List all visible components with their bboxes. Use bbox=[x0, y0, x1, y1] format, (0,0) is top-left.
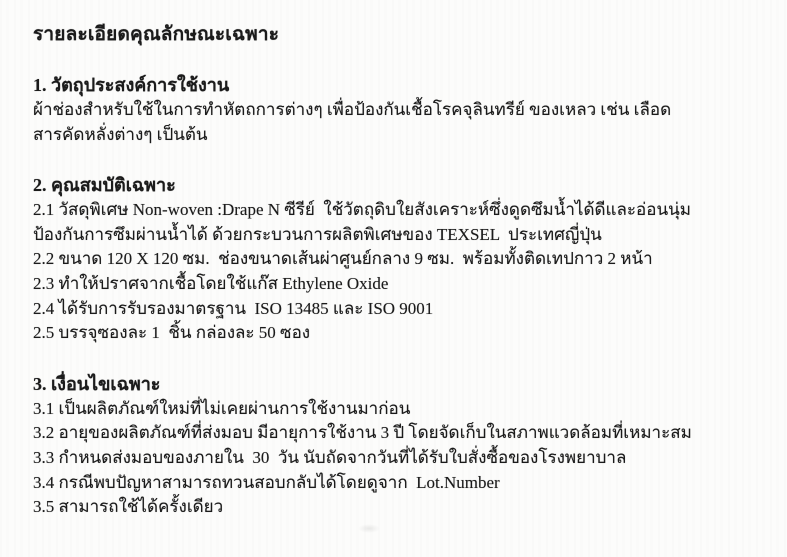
property-line-2-4: 2.4 ได้รับการรับรองมาตรฐาน ISO 13485 และ… bbox=[33, 297, 747, 322]
scan-smudge-artifact bbox=[358, 524, 380, 533]
condition-line-3-5: 3.5 สามารถใช้ได้ครั้งเดียว bbox=[33, 495, 747, 520]
property-line-2-1: 2.1 วัสดุพิเศษ Non-woven :Drape N ซีรีย์… bbox=[33, 198, 747, 223]
purpose-line: ผ้าช่องสำหรับใช้ในการทำหัตถการต่างๆ เพื่… bbox=[33, 98, 747, 123]
section-purpose-heading: 1. วัตถุประสงค์การใช้งาน bbox=[33, 73, 747, 98]
section-properties: 2. คุณสมบัติเฉพาะ 2.1 วัสดุพิเศษ Non-wov… bbox=[33, 173, 747, 346]
condition-line-3-4: 3.4 กรณีพบปัญหาสามารถทวนสอบกลับได้โดยดูจ… bbox=[33, 471, 747, 496]
document-page: รายละเอียดคุณลักษณะเฉพาะ 1. วัตถุประสงค์… bbox=[0, 0, 787, 557]
condition-line-3-3: 3.3 กำหนดส่งมอบของภายใน 30 วัน นับถัดจาก… bbox=[33, 446, 747, 471]
section-conditions: 3. เงื่อนไขเฉพาะ 3.1 เป็นผลิตภัณฑ์ใหม่ที… bbox=[33, 372, 747, 520]
property-line-2-5: 2.5 บรรจุซองละ 1 ชิ้น กล่องละ 50 ซอง bbox=[33, 321, 747, 346]
purpose-line: สารคัดหลั่งต่างๆ เป็นต้น bbox=[33, 123, 747, 148]
section-conditions-heading: 3. เงื่อนไขเฉพาะ bbox=[33, 372, 747, 397]
property-line-2-1-continued: ป้องกันการซึมผ่านน้ำได้ ด้วยกระบวนการผลิ… bbox=[33, 223, 747, 248]
document-title: รายละเอียดคุณลักษณะเฉพาะ bbox=[33, 22, 747, 47]
section-purpose: 1. วัตถุประสงค์การใช้งาน ผ้าช่องสำหรับใช… bbox=[33, 73, 747, 147]
section-properties-heading: 2. คุณสมบัติเฉพาะ bbox=[33, 173, 747, 198]
condition-line-3-1: 3.1 เป็นผลิตภัณฑ์ใหม่ที่ไม่เคยผ่านการใช้… bbox=[33, 397, 747, 422]
condition-line-3-2: 3.2 อายุของผลิตภัณฑ์ที่ส่งมอบ มีอายุการใ… bbox=[33, 421, 747, 446]
property-line-2-2: 2.2 ขนาด 120 X 120 ซม. ช่องขนาดเส้นผ่าศู… bbox=[33, 247, 747, 272]
property-line-2-3: 2.3 ทำให้ปราศจากเชื้อโดยใช้แก๊ส Ethylene… bbox=[33, 272, 747, 297]
